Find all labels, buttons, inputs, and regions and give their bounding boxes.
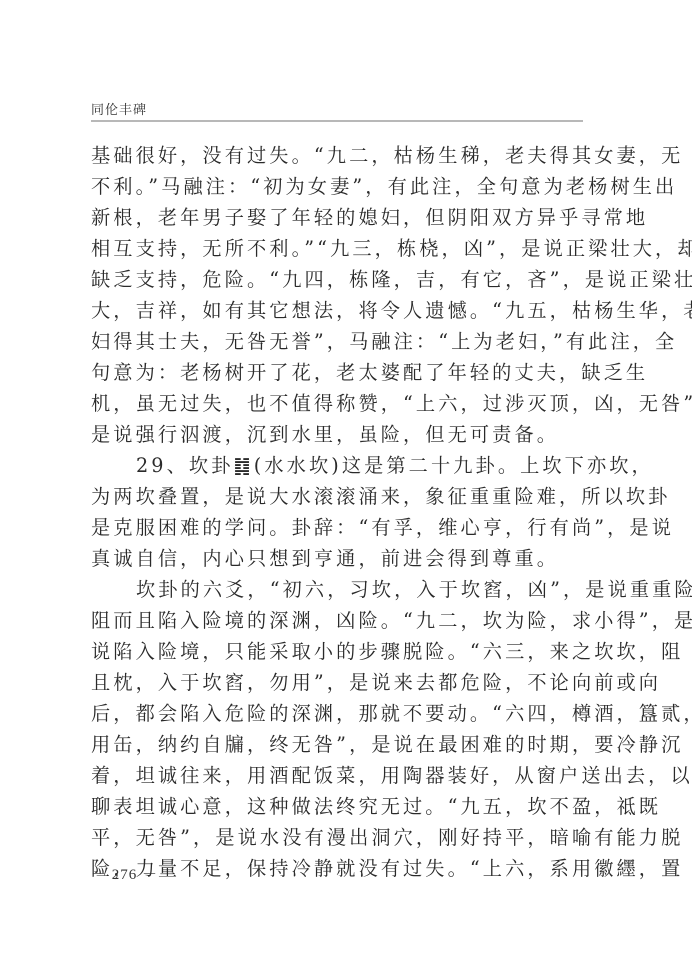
text-line: 着，坦诚往来，用酒配饭菜，用陶器装好，从窗户送出去，以 — [91, 760, 587, 791]
text-line: 是说强行泅渡，沉到水里，虽险，但无可责备。 — [91, 419, 587, 450]
text-line: 平，无咎”，是说水没有漫出洞穴，刚好持平，暗喻有能力脱 — [91, 822, 587, 853]
text-line: 险，力量不足，保持冷静就没有过失。“上六，系用徽纆，置 — [91, 853, 587, 884]
running-head-title: 同伦丰碑 — [91, 99, 147, 118]
paragraph-start-line: 29、坎卦䷜(水水坎)这是第二十九卦。上坎下亦坎， — [91, 450, 587, 481]
text-line: 缺乏支持，危险。“九四，栋隆，吉，有它，吝”，是说正梁壮 — [91, 264, 587, 295]
text-line: 机，虽无过失，也不值得称赞，“上六，过涉灭顶，凶，无咎”， — [91, 388, 587, 419]
text-line: 不利。”马融注：“初为女妻”，有此注，全句意为老杨树生出 — [91, 171, 587, 202]
text-line: 且枕，入于坎窞，勿用”，是说来去都危险，不论向前或向 — [91, 667, 587, 698]
page-number: － 276 － — [91, 863, 158, 884]
text-line: 是克服困难的学问。卦辞：“有孚，维心亨，行有尚”，是说 — [91, 512, 587, 543]
header-rule-divider — [91, 120, 583, 122]
text-line: 阻而且陷入险境的深渊，凶险。“九二，坎为险，求小得”，是 — [91, 605, 587, 636]
text-line: 大，吉祥，如有其它想法，将令人遗憾。“九五，枯杨生华，老 — [91, 295, 587, 326]
text-line: 聊表坦诚心意，这种做法终究无过。“九五，坎不盈，祗既 — [91, 791, 587, 822]
text-line: 相互支持，无所不利。”“九三，栋桡，凶”，是说正梁壮大，却 — [91, 233, 587, 264]
text-line: 真诚自信，内心只想到亨通，前进会得到尊重。 — [91, 543, 587, 574]
text-line: 为两坎叠置，是说大水滚滚涌来，象征重重险难，所以坎卦 — [91, 481, 587, 512]
text-line: 基础很好，没有过失。“九二，枯杨生稊，老夫得其女妻，无 — [91, 140, 587, 171]
text-line: 句意为：老杨树开了花，老太婆配了年轻的丈夫，缺乏生 — [91, 357, 587, 388]
text-line: 说陷入险境，只能采取小的步骤脱险。“六三，来之坎坎，阻 — [91, 636, 587, 667]
text-line: 新根，老年男子娶了年轻的媳妇，但阴阳双方异乎寻常地 — [91, 202, 587, 233]
text-line: 用缶，纳约自牖，终无咎”，是说在最困难的时期，要冷静沉 — [91, 729, 587, 760]
body-text: 基础很好，没有过失。“九二，枯杨生稊，老夫得其女妻，无 不利。”马融注：“初为女… — [91, 140, 587, 884]
text-line: 妇得其士夫，无咎无誉”，马融注：“上为老妇，”有此注，全 — [91, 326, 587, 357]
paragraph-start-line: 坎卦的六爻，“初六，习坎，入于坎窞，凶”，是说重重险 — [91, 574, 587, 605]
text-line: 后，都会陷入危险的深渊，那就不要动。“六四，樽酒，簋贰， — [91, 698, 587, 729]
